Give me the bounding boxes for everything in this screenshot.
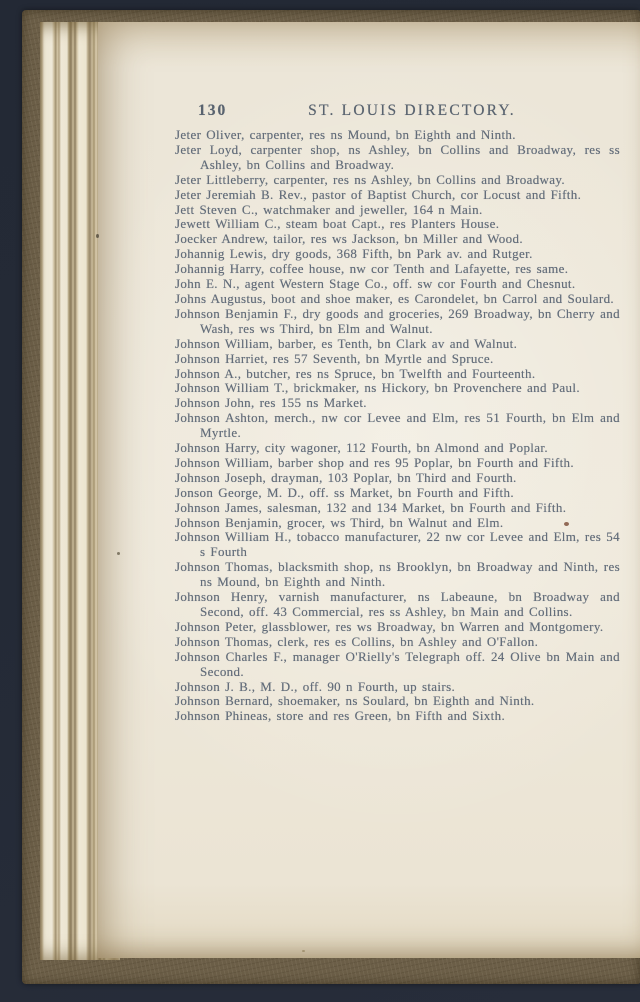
directory-entry: Johnson William T., brickmaker, ns Hicko… [175, 381, 620, 396]
photo-background: 130 ST. LOUIS DIRECTORY. Jeter Oliver, c… [0, 0, 640, 1002]
directory-entry: Johnson Ashton, merch., nw cor Levee and… [175, 411, 620, 441]
page-title: ST. LOUIS DIRECTORY. [308, 102, 516, 120]
directory-entry: Johnson J. B., M. D., off. 90 n Fourth, … [175, 680, 620, 695]
directory-entry: Johnson William, barber, es Tenth, bn Cl… [175, 337, 620, 352]
directory-entry: Johnson William, barber shop and res 95 … [175, 456, 620, 471]
directory-entry: Jeter Loyd, carpenter shop, ns Ashley, b… [175, 143, 620, 173]
directory-entry: Johnson Bernard, shoemaker, ns Soulard, … [175, 694, 620, 709]
directory-entry: Johnson Benjamin, grocer, ws Third, bn W… [175, 516, 620, 531]
ink-speck [564, 522, 569, 526]
directory-entry: Johannig Lewis, dry goods, 368 Fifth, bn… [175, 247, 620, 262]
directory-entry: John E. N., agent Western Stage Co., off… [175, 277, 620, 292]
directory-entry: Jeter Littleberry, carpenter, res ns Ash… [175, 173, 620, 188]
directory-entry: Johnson Benjamin F., dry goods and groce… [175, 307, 620, 337]
ink-speck [96, 234, 99, 238]
directory-entry: Johnson William H., tobacco manufacturer… [175, 530, 620, 560]
directory-entry: Jeter Jeremiah B. Rev., pastor of Baptis… [175, 188, 620, 203]
ink-speck [117, 552, 120, 555]
directory-entry: Johnson Thomas, blacksmith shop, ns Broo… [175, 560, 620, 590]
directory-entry-list: Jeter Oliver, carpenter, res ns Mound, b… [175, 128, 620, 724]
directory-entry: Johns Augustus, boot and shoe maker, es … [175, 292, 620, 307]
directory-entry: Joecker Andrew, tailor, res ws Jackson, … [175, 232, 620, 247]
directory-entry: Johnson John, res 155 ns Market. [175, 396, 620, 411]
directory-entry: Johnson Peter, glassblower, res ws Broad… [175, 620, 620, 635]
directory-entry: Johnson Henry, varnish manufacturer, ns … [175, 590, 620, 620]
directory-entry: Johnson Phineas, store and res Green, bn… [175, 709, 620, 724]
directory-entry: Johnson Charles F., manager O'Rielly's T… [175, 650, 620, 680]
ink-speck [302, 950, 305, 952]
directory-entry: Johnson A., butcher, res ns Spruce, bn T… [175, 367, 620, 382]
directory-entry: Jonson George, M. D., off. ss Market, bn… [175, 486, 620, 501]
directory-entry: Johnson Harry, city wagoner, 112 Fourth,… [175, 441, 620, 456]
directory-entry: Johnson Joseph, drayman, 103 Poplar, bn … [175, 471, 620, 486]
page-number: 130 [198, 102, 227, 120]
directory-entry: Jewett William C., steam boat Capt., res… [175, 217, 620, 232]
directory-entry: Jett Steven C., watchmaker and jeweller,… [175, 203, 620, 218]
directory-entry: Jeter Oliver, carpenter, res ns Mound, b… [175, 128, 620, 143]
directory-entry: Johnson Harriet, res 57 Seventh, bn Myrt… [175, 352, 620, 367]
directory-entry: Johnson Thomas, clerk, res es Collins, b… [175, 635, 620, 650]
directory-entry: Johnson James, salesman, 132 and 134 Mar… [175, 501, 620, 516]
directory-entry: Johannig Harry, coffee house, nw cor Ten… [175, 262, 620, 277]
book-page: 130 ST. LOUIS DIRECTORY. Jeter Oliver, c… [98, 22, 640, 958]
